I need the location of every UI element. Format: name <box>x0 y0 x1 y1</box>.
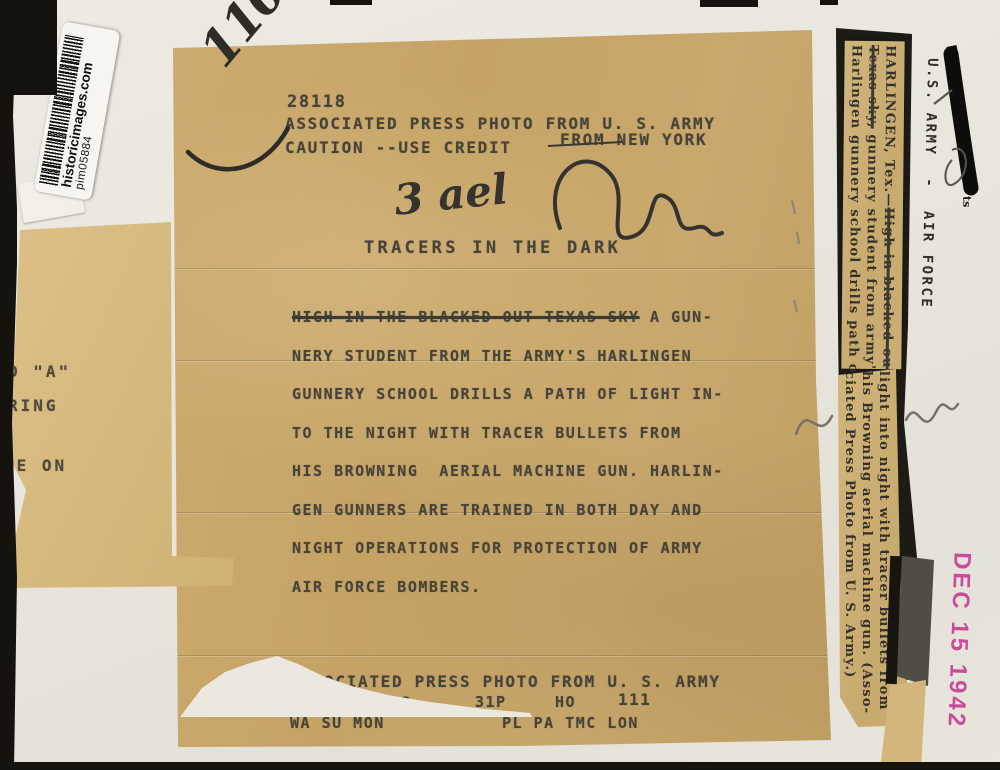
caption-body-line: NERY STUDENT FROM THE ARMY'S HARLINGEN <box>292 347 692 365</box>
caption-body-line: GUNNERY SCHOOL DRILLS A PATH OF LIGHT IN… <box>292 385 724 403</box>
clipping-struck-text: High in blacked-out <box>879 207 896 375</box>
fragment-line: RING <box>8 396 59 415</box>
caption-body-line: TO THE NIGHT WITH TRACER BULLETS FROM <box>292 424 682 442</box>
top-edge-smudge <box>700 0 758 7</box>
footer-code-ho: HO <box>555 693 576 711</box>
redaction-visible-tail: ts <box>960 196 973 207</box>
redaction-mark <box>951 54 971 188</box>
caption-sheet: 28118 ASSOCIATED PRESS PHOTO FROM U. S. … <box>170 28 836 750</box>
caption-body-line: NIGHT OPERATIONS FOR PROTECTION OF ARMY <box>292 539 703 557</box>
origin-line: FROM NEW YORK <box>560 130 707 149</box>
category-label: U.S. ARMY - AIR FORCE <box>918 58 941 308</box>
photo-back-scan: 28118 ASSOCIATED PRESS PHOTO FROM U. S. … <box>0 0 1000 770</box>
crease-line <box>172 268 827 269</box>
date-stamp: DEC 15 1942 <box>940 552 975 758</box>
clipping-text-top: HARLINGEN, Tex.—High in blacked-out Texa… <box>841 41 901 366</box>
photo-number: 28118 <box>287 92 347 112</box>
caption-body-line: GEN GUNNERS ARE TRAINED IN BOTH DAY AND <box>292 501 703 519</box>
footer-code-number: 111 <box>618 690 651 709</box>
caution-line: CAUTION --USE CREDIT <box>285 138 512 157</box>
news-clipping-top: HARLINGEN, Tex.—High in blacked-out Texa… <box>841 41 904 370</box>
caption-body-text: A GUN- <box>640 308 714 326</box>
redaction-mark <box>947 48 957 50</box>
caption-title: TRACERS IN THE DARK <box>364 238 621 258</box>
top-edge-smudge <box>820 0 838 5</box>
strikethrough-text: HIGH IN THE BLACKED-OUT TEXAS SKY <box>292 308 640 326</box>
footer-code-time: 31P <box>475 693 507 711</box>
top-edge-smudge <box>330 0 372 5</box>
pencil-mark <box>945 149 965 185</box>
caption-body-line: AIR FORCE BOMBERS. <box>292 578 482 596</box>
dark-gray-patch <box>896 554 934 688</box>
clipping-line: gunnery student from army's <box>862 129 880 379</box>
caption-body-line: HIGH IN THE BLACKED-OUT TEXAS SKY A GUN- <box>292 308 713 326</box>
clipping-line: his Browning aerial machine gun. (Asso- <box>859 371 874 714</box>
pencil-scribble <box>906 404 958 422</box>
bottom-edge-black <box>0 762 1000 770</box>
clipping-line: Harlingen gunnery school drills path of <box>845 45 864 381</box>
top-left-corner-black <box>0 0 57 95</box>
crease-line <box>172 655 827 656</box>
clipping-struck-text: Texas sky, <box>865 45 881 129</box>
clipping-line: ciated Press Photo from U. S. Army.) <box>842 371 857 679</box>
fragment-line: D "A" <box>8 362 71 381</box>
caption-body-line: HIS BROWNING AERIAL MACHINE GUN. HARLIN- <box>292 462 724 480</box>
clipping-dateline: HARLINGEN, Tex.— <box>881 45 898 207</box>
